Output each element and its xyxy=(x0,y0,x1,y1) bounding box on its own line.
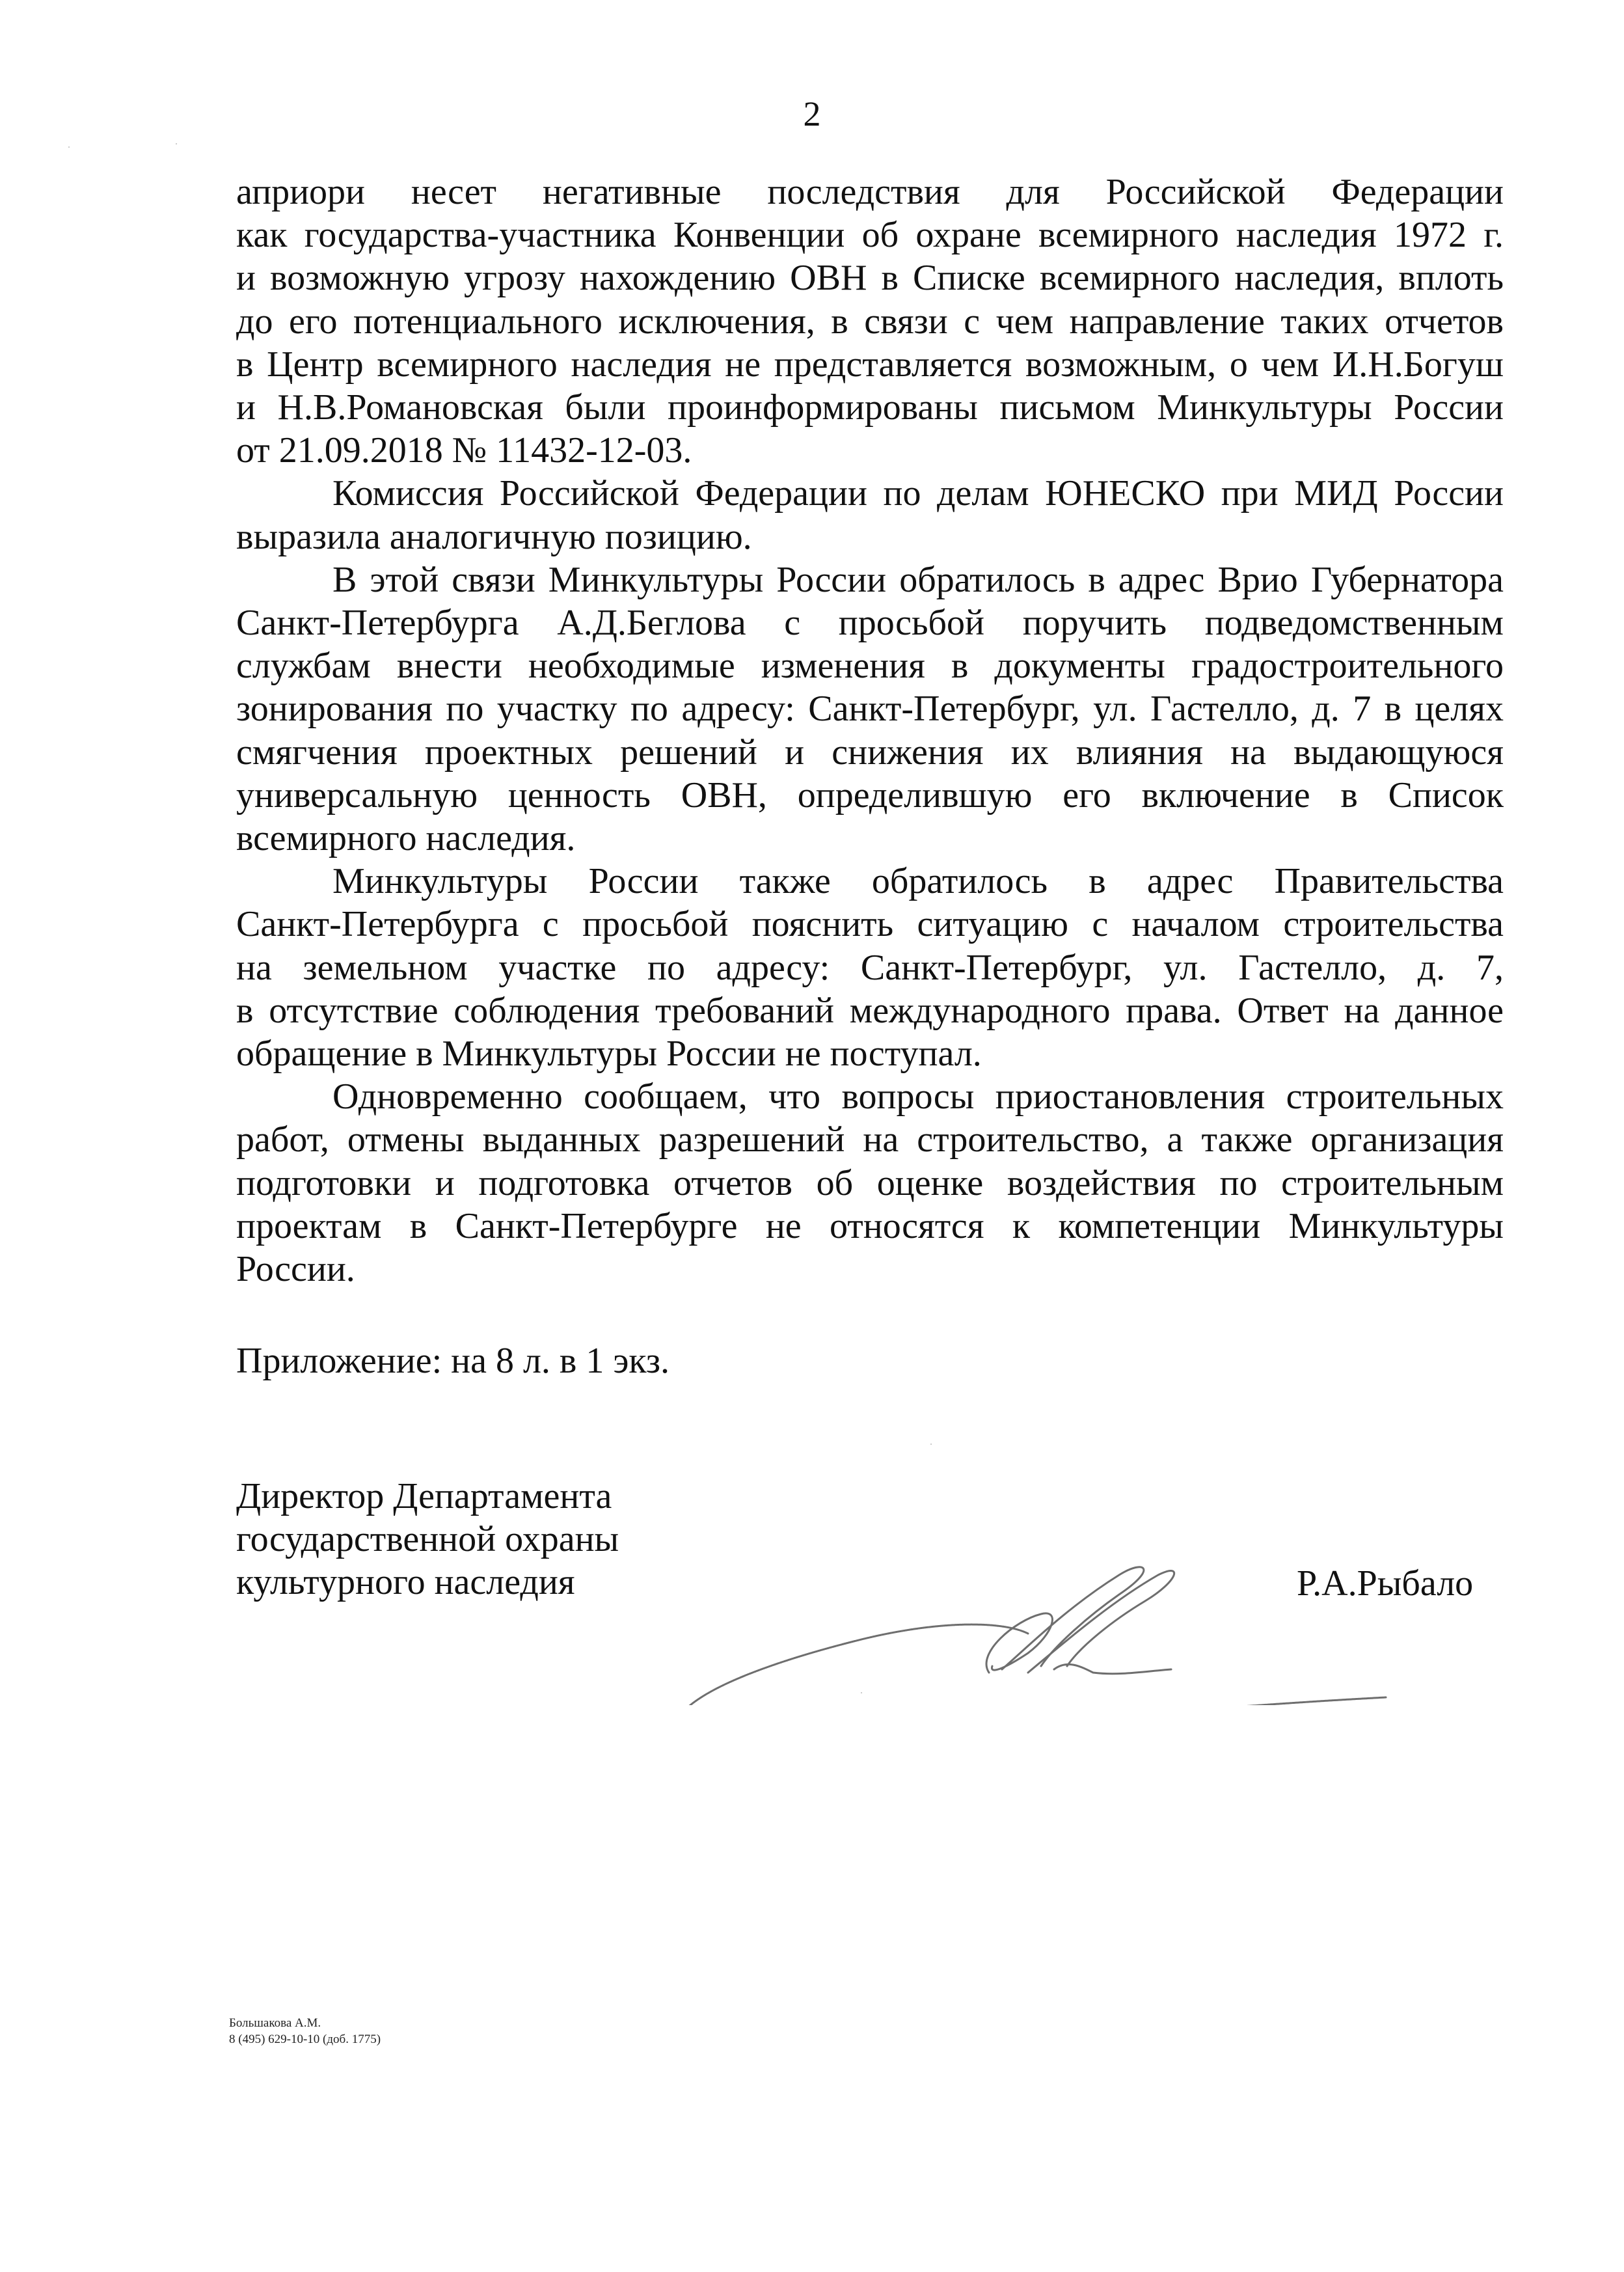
text-line: в Центр всемирного наследия не представл… xyxy=(236,343,1504,386)
signatory-title-line: государственной охраны xyxy=(236,1518,619,1561)
text-line: от 21.09.2018 № 11432-12-03. xyxy=(236,429,1504,472)
text-line: априори несет негативные последствия для… xyxy=(236,171,1504,213)
text-line: на земельном участке по адресу: Санкт-Пе… xyxy=(236,946,1504,989)
text-line: всемирного наследия. xyxy=(236,817,1504,860)
paragraph-world-heritage-consequences: априори несет негативные последствия для… xyxy=(236,171,1504,472)
scan-speck xyxy=(930,1444,932,1445)
paragraph-unesco-commission: Комиссия Российской Федерации по делам Ю… xyxy=(236,472,1504,558)
scan-speck xyxy=(176,143,177,144)
page-number: 2 xyxy=(0,91,1624,137)
text-line: проектам в Санкт-Петербурге не относятся… xyxy=(236,1205,1504,1248)
executor-footer: Большакова А.М. 8 (495) 629-10-10 (доб. … xyxy=(229,2015,381,2047)
text-line: Санкт-Петербурга с просьбой пояснить сит… xyxy=(236,903,1504,946)
paragraph-competence-notice: Одновременно сообщаем, что вопросы приос… xyxy=(236,1075,1504,1291)
paragraph-governor-request: В этой связи Минкультуры России обратило… xyxy=(236,558,1504,860)
handwritten-signature xyxy=(664,1536,1392,1705)
attachment-note: Приложение: на 8 л. в 1 экз. xyxy=(236,1339,670,1382)
executor-phone: 8 (495) 629-10-10 (доб. 1775) xyxy=(229,2031,381,2047)
text-line: Санкт-Петербурга А.Д.Беглова с просьбой … xyxy=(236,601,1504,644)
executor-name: Большакова А.М. xyxy=(229,2015,381,2031)
letter-body: априори несет негативные последствия для… xyxy=(236,171,1504,1291)
text-line: и Н.В.Романовская были проинформированы … xyxy=(236,386,1504,429)
scan-speck xyxy=(68,146,70,148)
text-line: смягчения проектных решений и снижения и… xyxy=(236,731,1504,774)
text-line: выразила аналогичную позицию. xyxy=(236,515,1504,558)
text-line: до его потенциального исключения, в связ… xyxy=(236,300,1504,343)
text-line: работ, отмены выданных разрешений на стр… xyxy=(236,1118,1504,1161)
signatory-title-line: культурного наследия xyxy=(236,1561,619,1604)
text-line: В этой связи Минкультуры России обратило… xyxy=(236,558,1504,601)
text-line: подготовки и подготовка отчетов об оценк… xyxy=(236,1162,1504,1205)
text-line: обращение в Минкультуры России не поступ… xyxy=(236,1032,1504,1075)
signer-name: Р.А.Рыбало xyxy=(1297,1562,1473,1605)
text-line: универсальную ценность ОВН, определившую… xyxy=(236,774,1504,817)
text-line: России. xyxy=(236,1248,1504,1291)
text-line: зонирования по участку по адресу: Санкт-… xyxy=(236,687,1504,730)
text-line: как государства-участника Конвенции об о… xyxy=(236,213,1504,256)
text-line: и возможную угрозу нахождению ОВН в Спис… xyxy=(236,256,1504,299)
text-line: в отсутствие соблюдения требований между… xyxy=(236,989,1504,1032)
signatory-title: Директор Департамента государственной ох… xyxy=(236,1475,619,1604)
text-line: Комиссия Российской Федерации по делам Ю… xyxy=(236,472,1504,515)
text-line: Минкультуры России также обратилось в ад… xyxy=(236,860,1504,903)
scan-speck xyxy=(861,1692,862,1693)
text-line: службам внести необходимые изменения в д… xyxy=(236,644,1504,687)
signatory-title-line: Директор Департамента xyxy=(236,1475,619,1518)
text-line: Одновременно сообщаем, что вопросы приос… xyxy=(236,1075,1504,1118)
paragraph-government-request: Минкультуры России также обратилось в ад… xyxy=(236,860,1504,1075)
